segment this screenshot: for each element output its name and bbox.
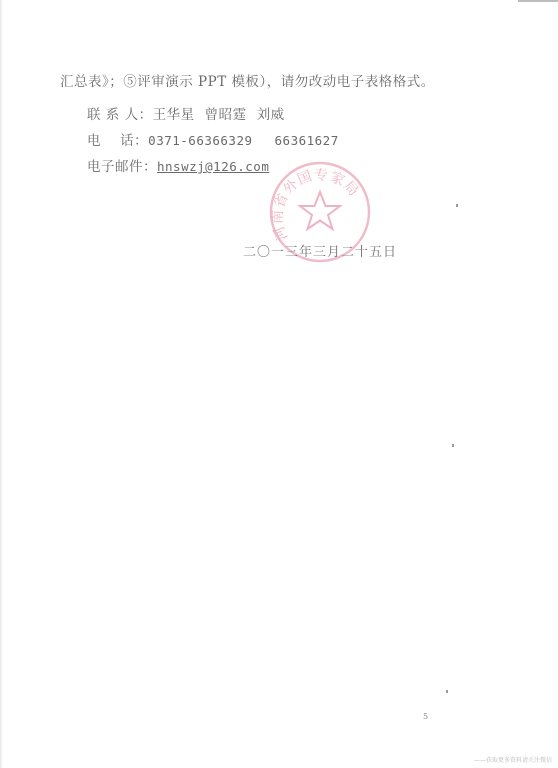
issue-date: 二〇一三年三月二十五日	[243, 241, 397, 260]
email-label: 电子邮件：	[87, 159, 157, 175]
phone-label: 电 话：	[87, 133, 148, 149]
star-icon	[300, 192, 340, 229]
email-link[interactable]: hnswzj@126.com	[157, 159, 269, 174]
phone-line: 电 话：0371-6636632966361627	[87, 129, 339, 149]
phone-number: 66361627	[275, 133, 339, 148]
contact-name: 刘威	[257, 107, 285, 123]
scan-speck	[452, 444, 454, 447]
paragraph-continuation: 汇总表》；⑤评审演示 PPT 模板），请勿改动电子表格格式。	[60, 70, 435, 90]
scan-edge	[0, 0, 3, 768]
scan-edge-top	[518, 0, 558, 2]
page-number: 5	[423, 712, 428, 721]
contact-name: 曾昭霆	[205, 107, 247, 123]
contact-name: 王华星	[153, 107, 195, 123]
scan-speck	[446, 690, 448, 693]
contacts-label: 联 系 人：	[87, 107, 153, 123]
contacts-line: 联 系 人：王华星曾昭霆刘威	[87, 103, 285, 123]
email-line: 电子邮件：hnswzj@126.com	[87, 155, 269, 175]
watermark: ——获取更多资料请关注微信	[474, 755, 552, 764]
scan-speck	[456, 204, 458, 207]
phone-number: 0371-66366329	[148, 133, 252, 148]
